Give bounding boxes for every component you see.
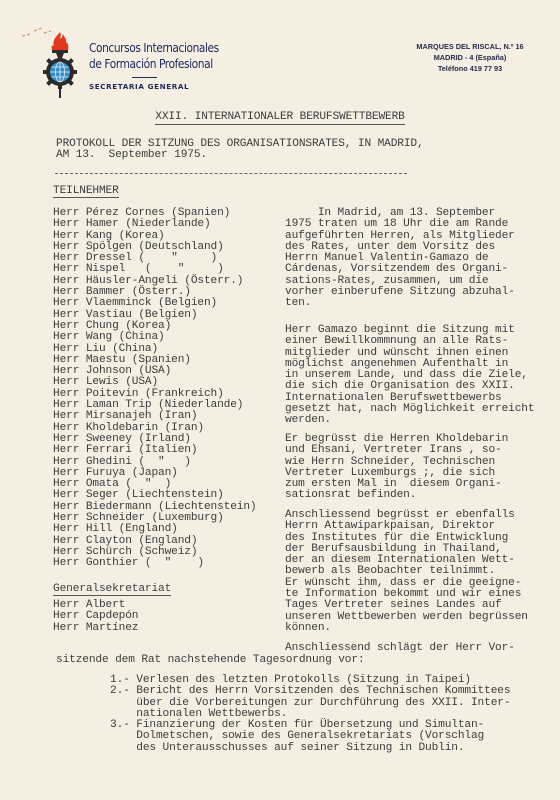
- participant-item: Herr Hill (England): [53, 524, 256, 535]
- participants-heading: TEILNEHMER: [53, 186, 119, 197]
- text-line: Herrn Attawiparkpaisan, Direktor: [285, 521, 528, 532]
- text-line: werden.: [285, 415, 534, 426]
- header-divider: [55, 173, 407, 175]
- participant-item: Herr Gonthier ( " ): [53, 558, 256, 569]
- text-line: und Ehsani, Vertreter Irans , so-: [285, 445, 508, 456]
- text-line: Tages Vertreter seines Landes auf: [285, 600, 528, 611]
- text-line: ten.: [285, 298, 515, 309]
- secretariat-member-item: Herr Martínez: [53, 623, 138, 634]
- text-line: 1975 traten um 18 Uhr die am Rande: [285, 219, 515, 230]
- paragraph-greeting-new-members: Er begrüsst die Herren Kholdebarinund Eh…: [285, 434, 508, 502]
- agenda-item: 2.- Bericht des Herrn Vorsitzenden des T…: [110, 686, 510, 720]
- participant-item: Herr Vlaemminck (Belgien): [53, 298, 256, 309]
- paragraph-opening: In Madrid, am 13. September1975 traten u…: [285, 208, 515, 310]
- paragraph-agenda-intro-end: sitzende dem Rat nachstehende Tagesordnu…: [56, 655, 365, 666]
- secretariat-label: SECRETARIA GENERAL: [89, 82, 189, 91]
- organization-logo-icon: [43, 30, 77, 98]
- paragraph-agenda-intro-start: Anschliessend schlägt der Herr Vor-: [285, 643, 515, 654]
- text-line: einer Bewillkommnung an alle Rats-: [285, 336, 534, 347]
- general-secretariat-heading: Generalsekretariat: [53, 584, 171, 595]
- text-line: vorher einberufene Sitzung abzuhal-: [285, 287, 515, 298]
- participants-list: Herr Pérez Cornes (Spanien)Herr Hamer (N…: [53, 208, 256, 570]
- text-line: können.: [285, 623, 528, 634]
- agenda-item: 3.- Finanzierung der Kosten für Übersetz…: [110, 720, 510, 754]
- text-line: des Unterausschusses auf seiner Sitzung …: [110, 743, 510, 754]
- secretariat-member-item: Herr Capdepón: [53, 611, 138, 622]
- letterhead-divider: [132, 77, 157, 78]
- document-subtitle: PROTOKOLL DER SITZUNG DES ORGANISATIONSR…: [56, 139, 424, 162]
- document-title: XXII. INTERNATIONALER BERUFSWETTBEWERB: [0, 112, 560, 123]
- participant-item: Herr Wang (China): [53, 332, 256, 343]
- paragraph-greeting-observer: Anschliessend begrüsst er ebenfallsHerrn…: [285, 510, 528, 634]
- text-line: 2.- Bericht des Herrn Vorsitzenden des T…: [110, 686, 510, 697]
- participant-item: Herr Ferrari (Italien): [53, 445, 256, 456]
- agenda-list: 1.- Verlesen des letzten Protokolls (Sit…: [110, 675, 510, 754]
- address-phone: Teléfono 419 77 93: [400, 63, 540, 74]
- text-line: sationsrat befinden.: [285, 490, 508, 501]
- document-page: Concursos Internacionales de Formación P…: [0, 0, 560, 800]
- letterhead-address: MARQUES DEL RISCAL, N.º 16 MADRID - 4 (E…: [400, 41, 540, 74]
- participant-item: Herr Hamer (Niederlande): [53, 219, 256, 230]
- organization-name: Concursos Internacionales de Formación P…: [89, 40, 219, 72]
- paragraph-welcome: Herr Gamazo beginnt die Sitzung miteiner…: [285, 325, 534, 427]
- address-city: MADRID - 4 (España): [400, 52, 540, 63]
- participant-item: Herr Mirsanajeh (Iran): [53, 411, 256, 422]
- general-secretariat-list: Herr AlbertHerr CapdepónHerr Martínez: [53, 600, 138, 634]
- address-street: MARQUES DEL RISCAL, N.º 16: [400, 41, 540, 52]
